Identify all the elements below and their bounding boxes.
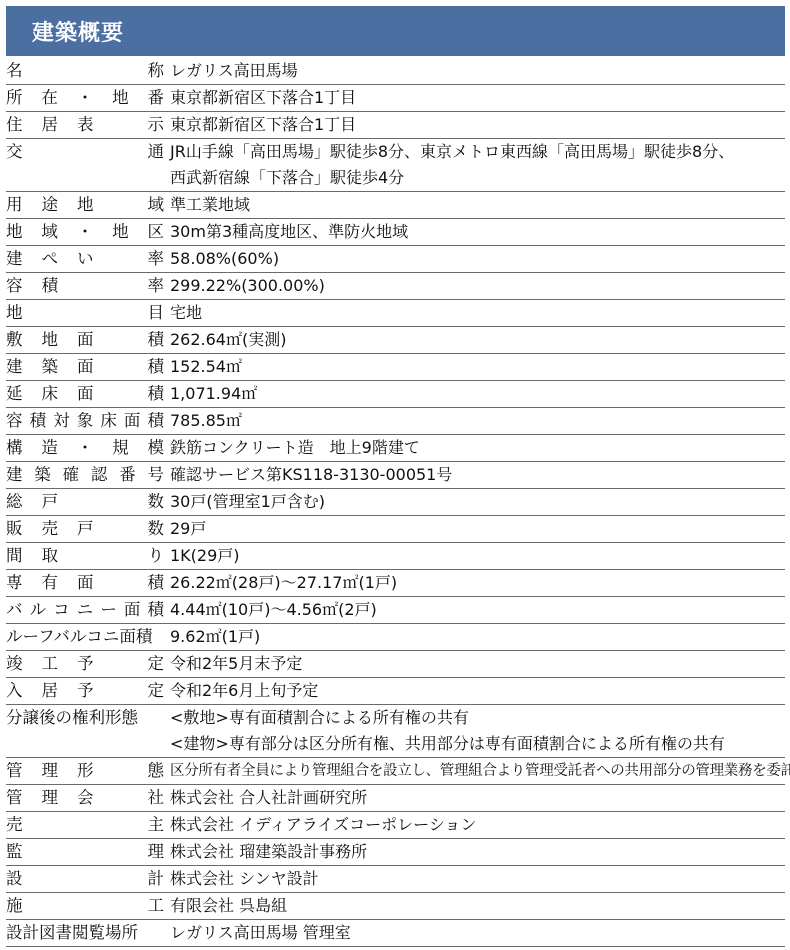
- table-row: 設計株式会社 シンヤ設計: [6, 866, 785, 893]
- row-value: 785.85㎡: [164, 408, 785, 434]
- label-char: [42, 866, 58, 892]
- label-char: [77, 839, 93, 865]
- label-char: [42, 812, 58, 838]
- table-row: 竣工予定令和2年5月末予定: [6, 651, 785, 678]
- label-char: [113, 678, 129, 704]
- table-row: 施工有限会社 呉島組: [6, 893, 785, 920]
- table-row: 建ぺい率58.08%(60%): [6, 246, 785, 273]
- label-char: 数: [148, 489, 165, 515]
- label-char: [113, 516, 129, 542]
- table-row: 専有面積26.22㎡(28戸)〜27.17㎡(1戸): [6, 570, 785, 597]
- label-char: 積: [147, 597, 164, 623]
- label-char: [42, 139, 58, 165]
- value-line: 株式会社 瑠建築設計事務所: [170, 839, 785, 865]
- value-line: 30戸(管理室1戸含む): [170, 489, 785, 515]
- label-char: 売: [6, 812, 23, 838]
- label-char: ・: [77, 85, 94, 111]
- label-char: [77, 300, 93, 326]
- row-label: 入居予定: [6, 678, 164, 704]
- row-value: 30戸(管理室1戸含む): [164, 489, 785, 515]
- label-char: [113, 112, 129, 138]
- label-char: 工: [148, 893, 165, 919]
- row-label: 延床面積: [6, 381, 164, 407]
- value-line: 区分所有者全員により管理組合を設立し、管理組合より管理受託者への共用部分の管理業…: [170, 758, 790, 784]
- label-char: 設計図書閲覧場所: [6, 920, 138, 946]
- value-line: JR山手線「高田馬場」駅徒歩8分、東京メトロ東西線「高田馬場」駅徒歩8分、: [170, 139, 785, 165]
- table-row: 間取り1K(29戸): [6, 543, 785, 570]
- row-value: 令和2年5月末予定: [164, 651, 785, 677]
- table-row: 管理会社株式会社 合人社計画研究所: [6, 785, 785, 812]
- row-label: 施工: [6, 893, 164, 919]
- label-char: [42, 839, 58, 865]
- row-label: 構造・規模: [6, 435, 164, 461]
- label-char: 態: [148, 758, 165, 784]
- label-char: [113, 651, 129, 677]
- row-label: 建築面積: [6, 354, 164, 380]
- row-label: 売主: [6, 812, 164, 838]
- label-char: [77, 543, 93, 569]
- value-line: 152.54㎡: [170, 354, 785, 380]
- label-char: 用: [6, 192, 23, 218]
- label-char: 面: [124, 597, 141, 623]
- value-line: 58.08%(60%): [170, 246, 785, 272]
- table-row: ルーフバルコニ面積9.62㎡(1戸): [6, 624, 785, 651]
- label-char: 称: [148, 58, 165, 84]
- row-value: 1K(29戸): [164, 543, 785, 569]
- row-value: 東京都新宿区下落合1丁目: [164, 85, 785, 111]
- value-line: 準工業地域: [170, 192, 785, 218]
- row-value: レガリス高田馬場: [164, 58, 785, 84]
- label-char: 面: [77, 381, 94, 407]
- label-char: [112, 58, 128, 84]
- value-line: 鉄筋コンクリート造 地上9階建て: [170, 435, 785, 461]
- label-char: 戸: [42, 489, 59, 515]
- label-char: 造: [41, 435, 58, 461]
- value-line: 30m第3種高度地区、準防火地域: [170, 219, 785, 245]
- label-char: [42, 893, 58, 919]
- table-row: 設計図書閲覧場所レガリス高田馬場 管理室: [6, 920, 785, 947]
- label-char: 戸: [77, 516, 94, 542]
- label-char: 建: [6, 354, 23, 380]
- label-char: 施: [6, 893, 23, 919]
- label-char: 率: [148, 246, 165, 272]
- label-char: 床: [42, 381, 59, 407]
- label-char: 敷: [6, 327, 23, 353]
- row-label: 住居表示: [6, 112, 164, 138]
- row-label: 間取り: [6, 543, 164, 569]
- label-char: [113, 381, 129, 407]
- label-char: [113, 570, 129, 596]
- row-label: 管理会社: [6, 785, 164, 811]
- label-char: ・: [77, 219, 94, 245]
- section-title: 建築概要: [32, 16, 124, 47]
- label-char: 号: [147, 462, 164, 488]
- table-row: 総戸数30戸(管理室1戸含む): [6, 489, 785, 516]
- label-char: ニ: [77, 597, 94, 623]
- value-line: 有限会社 呉島組: [170, 893, 785, 919]
- label-char: 積: [42, 273, 59, 299]
- label-char: 率: [148, 273, 165, 299]
- label-char: 確: [63, 462, 80, 488]
- value-line: レガリス高田馬場: [170, 58, 785, 84]
- row-value: 58.08%(60%): [164, 246, 785, 272]
- label-char: [112, 893, 128, 919]
- value-line: 東京都新宿区下落合1丁目: [170, 85, 785, 111]
- label-char: 番: [119, 462, 136, 488]
- table-row: 分譲後の権利形態<敷地>専有面積割合による所有権の共有<建物>専有部分は区分所有…: [6, 705, 785, 758]
- row-label: バルコニー面積: [6, 597, 164, 623]
- label-char: 容: [6, 408, 23, 434]
- label-char: 竣: [6, 651, 23, 677]
- value-line: 299.22%(300.00%): [170, 273, 785, 299]
- row-value: レガリス高田馬場 管理室: [164, 920, 785, 946]
- value-line: <建物>専有部分は区分所有権、共用部分は専有面積割合による所有権の共有: [170, 731, 785, 757]
- table-row: 住居表示東京都新宿区下落合1丁目: [6, 112, 785, 139]
- value-line: 宅地: [170, 300, 785, 326]
- row-label: 販売戸数: [6, 516, 164, 542]
- label-char: [42, 300, 58, 326]
- label-char: 管: [6, 758, 23, 784]
- label-char: 有: [42, 570, 59, 596]
- label-char: 模: [148, 435, 165, 461]
- label-char: [42, 58, 58, 84]
- row-label: 容積率: [6, 273, 164, 299]
- table-row: 地域・地区30m第3種高度地区、準防火地域: [6, 219, 785, 246]
- table-row: 延床面積1,071.94㎡: [6, 381, 785, 408]
- row-label: 建ぺい率: [6, 246, 164, 272]
- table-row: バルコニー面積4.44㎡(10戸)〜4.56㎡(2戸): [6, 597, 785, 624]
- table-row: 地目宅地: [6, 300, 785, 327]
- value-line: 西武新宿線「下落合」駅徒歩4分: [170, 165, 785, 191]
- table-row: 容積対象床面積785.85㎡: [6, 408, 785, 435]
- table-row: 入居予定令和2年6月上旬予定: [6, 678, 785, 705]
- row-label: 名称: [6, 58, 164, 84]
- label-char: 積: [148, 570, 165, 596]
- label-char: [77, 893, 93, 919]
- label-char: [77, 273, 93, 299]
- table-row: 用途地域準工業地域: [6, 192, 785, 219]
- label-char: 専: [6, 570, 23, 596]
- row-label: 敷地面積: [6, 327, 164, 353]
- label-char: [77, 489, 93, 515]
- row-label: 管理形態: [6, 758, 164, 784]
- row-value: 株式会社 イディアライズコーポレーション: [164, 812, 785, 838]
- row-value: 29戸: [164, 516, 785, 542]
- table-row: 構造・規模鉄筋コンクリート造 地上9階建て: [6, 435, 785, 462]
- value-line: 令和2年6月上旬予定: [170, 678, 785, 704]
- label-char: 居: [42, 678, 59, 704]
- value-line: 令和2年5月末予定: [170, 651, 785, 677]
- value-line: 確認サービス第KS118-3130-00051号: [170, 462, 785, 488]
- row-label: 交通: [6, 139, 164, 165]
- value-line: 1K(29戸): [170, 543, 785, 569]
- value-line: 株式会社 シンヤ設計: [170, 866, 785, 892]
- label-char: 設: [6, 866, 23, 892]
- row-value: 東京都新宿区下落合1丁目: [164, 112, 785, 138]
- label-char: 延: [6, 381, 23, 407]
- label-char: 在: [41, 85, 58, 111]
- row-label: 分譲後の権利形態: [6, 705, 164, 731]
- row-value: 有限会社 呉島組: [164, 893, 785, 919]
- label-char: 販: [6, 516, 23, 542]
- label-char: 所: [6, 85, 23, 111]
- table-row: 所在・地番東京都新宿区下落合1丁目: [6, 85, 785, 112]
- label-char: 工: [42, 651, 59, 677]
- label-char: り: [148, 543, 165, 569]
- table-row: 名称レガリス高田馬場: [6, 58, 785, 85]
- value-line: 4.44㎡(10戸)〜4.56㎡(2戸): [170, 597, 785, 623]
- row-label: 総戸数: [6, 489, 164, 515]
- row-value: 9.62㎡(1戸): [164, 624, 785, 650]
- value-line: 262.64㎡(実測): [170, 327, 785, 353]
- table-row: 販売戸数29戸: [6, 516, 785, 543]
- label-char: [112, 839, 128, 865]
- label-char: 入: [6, 678, 23, 704]
- label-char: 名: [6, 58, 23, 84]
- label-char: [113, 246, 129, 272]
- label-char: 監: [6, 839, 23, 865]
- value-line: 株式会社 イディアライズコーポレーション: [170, 812, 785, 838]
- row-label: 建築確認番号: [6, 462, 164, 488]
- row-value: 株式会社 シンヤ設計: [164, 866, 785, 892]
- row-label: 所在・地番: [6, 85, 164, 111]
- value-line: <敷地>専有面積割合による所有権の共有: [170, 705, 785, 731]
- label-char: 積: [148, 354, 165, 380]
- row-value: 152.54㎡: [164, 354, 785, 380]
- row-value: 準工業地域: [164, 192, 785, 218]
- label-char: 理: [42, 758, 59, 784]
- label-char: 建: [6, 462, 23, 488]
- label-char: 表: [77, 112, 94, 138]
- row-value: 株式会社 瑠建築設計事務所: [164, 839, 785, 865]
- label-char: 容: [6, 273, 23, 299]
- label-char: 築: [34, 462, 51, 488]
- label-char: 積: [148, 381, 165, 407]
- label-char: 交: [6, 139, 23, 165]
- label-char: 築: [42, 354, 59, 380]
- row-value: 令和2年6月上旬予定: [164, 678, 785, 704]
- label-char: [113, 785, 129, 811]
- label-char: [112, 273, 128, 299]
- label-char: ・: [77, 435, 94, 461]
- table-row: 監理株式会社 瑠建築設計事務所: [6, 839, 785, 866]
- label-char: 積: [147, 408, 164, 434]
- row-value: 1,071.94㎡: [164, 381, 785, 407]
- label-char: 域: [41, 219, 58, 245]
- label-char: ー: [100, 597, 117, 623]
- label-char: 理: [42, 785, 59, 811]
- label-char: 間: [6, 543, 23, 569]
- label-char: 住: [6, 112, 23, 138]
- row-value: 確認サービス第KS118-3130-00051号: [164, 462, 785, 488]
- row-label: 竣工予定: [6, 651, 164, 677]
- label-char: 地: [6, 300, 23, 326]
- label-char: 通: [148, 139, 165, 165]
- label-char: 象: [77, 408, 94, 434]
- row-label: 容積対象床面積: [6, 408, 164, 434]
- label-char: 積: [30, 408, 47, 434]
- label-char: 認: [91, 462, 108, 488]
- value-line: 1,071.94㎡: [170, 381, 785, 407]
- label-char: 対: [53, 408, 70, 434]
- row-label: ルーフバルコニ面積: [6, 624, 164, 650]
- label-char: [113, 327, 129, 353]
- label-char: コ: [53, 597, 70, 623]
- label-char: 床: [100, 408, 117, 434]
- row-label: 監理: [6, 839, 164, 865]
- label-char: 予: [77, 651, 94, 677]
- label-char: バ: [6, 597, 23, 623]
- label-char: ぺ: [42, 246, 59, 272]
- label-char: 面: [124, 408, 141, 434]
- label-char: [77, 866, 93, 892]
- label-char: 会: [77, 785, 94, 811]
- label-char: 地: [42, 327, 59, 353]
- label-char: 管: [6, 785, 23, 811]
- row-value: 株式会社 合人社計画研究所: [164, 785, 785, 811]
- value-line: 785.85㎡: [170, 408, 785, 434]
- label-char: 総: [6, 489, 23, 515]
- label-char: 示: [148, 112, 165, 138]
- value-line: 東京都新宿区下落合1丁目: [170, 112, 785, 138]
- label-char: 取: [42, 543, 59, 569]
- label-char: [113, 758, 129, 784]
- label-char: 建: [6, 246, 23, 272]
- label-char: [113, 354, 129, 380]
- table-row: 交通JR山手線「高田馬場」駅徒歩8分、東京メトロ東西線「高田馬場」駅徒歩8分、西…: [6, 139, 785, 192]
- label-char: 構: [6, 435, 23, 461]
- label-char: [112, 812, 128, 838]
- value-line: レガリス高田馬場 管理室: [170, 920, 785, 946]
- row-label: 用途地域: [6, 192, 164, 218]
- label-char: 社: [148, 785, 165, 811]
- label-char: 主: [148, 812, 165, 838]
- label-char: 目: [148, 300, 165, 326]
- row-value: 鉄筋コンクリート造 地上9階建て: [164, 435, 785, 461]
- label-char: [77, 812, 93, 838]
- row-value: 299.22%(300.00%): [164, 273, 785, 299]
- table-row: 敷地面積262.64㎡(実測): [6, 327, 785, 354]
- row-label: 地域・地区: [6, 219, 164, 245]
- table-row: 建築確認番号確認サービス第KS118-3130-00051号: [6, 462, 785, 489]
- value-line: 9.62㎡(1戸): [170, 624, 785, 650]
- label-char: ルーフバルコニ面積: [6, 624, 152, 650]
- row-value: 宅地: [164, 300, 785, 326]
- row-value: 4.44㎡(10戸)〜4.56㎡(2戸): [164, 597, 785, 623]
- label-char: 予: [77, 678, 94, 704]
- section-header: 建築概要: [6, 6, 785, 56]
- row-value: 262.64㎡(実測): [164, 327, 785, 353]
- label-char: 規: [112, 435, 129, 461]
- label-char: 数: [148, 516, 165, 542]
- label-char: 番: [148, 85, 165, 111]
- value-line: 株式会社 合人社計画研究所: [170, 785, 785, 811]
- row-value: 26.22㎡(28戸)〜27.17㎡(1戸): [164, 570, 785, 596]
- label-char: [112, 543, 128, 569]
- building-overview-table: 名称レガリス高田馬場所在・地番東京都新宿区下落合1丁目住居表示東京都新宿区下落合…: [6, 58, 785, 947]
- label-char: 地: [112, 85, 129, 111]
- label-char: [112, 866, 128, 892]
- label-char: 域: [148, 192, 165, 218]
- label-char: 理: [148, 839, 165, 865]
- value-line: 29戸: [170, 516, 785, 542]
- label-char: 売: [42, 516, 59, 542]
- row-label: 設計: [6, 866, 164, 892]
- row-value: 区分所有者全員により管理組合を設立し、管理組合より管理受託者への共用部分の管理業…: [164, 758, 790, 784]
- label-char: [77, 139, 93, 165]
- label-char: 形: [77, 758, 94, 784]
- table-row: 建築面積152.54㎡: [6, 354, 785, 381]
- row-label: 地目: [6, 300, 164, 326]
- row-value: JR山手線「高田馬場」駅徒歩8分、東京メトロ東西線「高田馬場」駅徒歩8分、西武新…: [164, 139, 785, 191]
- label-char: 面: [77, 354, 94, 380]
- label-char: 積: [148, 327, 165, 353]
- label-char: 計: [148, 866, 165, 892]
- value-line: 26.22㎡(28戸)〜27.17㎡(1戸): [170, 570, 785, 596]
- row-value: 30m第3種高度地区、準防火地域: [164, 219, 785, 245]
- label-char: [113, 192, 129, 218]
- row-label: 専有面積: [6, 570, 164, 596]
- table-row: 管理形態区分所有者全員により管理組合を設立し、管理組合より管理受託者への共用部分…: [6, 758, 785, 785]
- label-char: 地: [112, 219, 129, 245]
- label-char: [112, 139, 128, 165]
- label-char: 区: [148, 219, 165, 245]
- label-char: い: [77, 246, 94, 272]
- label-char: 地: [77, 192, 94, 218]
- label-char: ル: [30, 597, 47, 623]
- label-char: 分譲後の権利形態: [6, 705, 138, 731]
- row-value: <敷地>専有面積割合による所有権の共有<建物>専有部分は区分所有権、共用部分は専…: [164, 705, 785, 757]
- label-char: [112, 300, 128, 326]
- label-char: 居: [42, 112, 59, 138]
- label-char: [77, 58, 93, 84]
- label-char: 定: [148, 678, 165, 704]
- table-row: 売主株式会社 イディアライズコーポレーション: [6, 812, 785, 839]
- row-label: 設計図書閲覧場所: [6, 920, 164, 946]
- label-char: [112, 489, 128, 515]
- label-char: 途: [42, 192, 59, 218]
- label-char: 地: [6, 219, 23, 245]
- table-row: 容積率299.22%(300.00%): [6, 273, 785, 300]
- label-char: 面: [77, 327, 94, 353]
- label-char: 定: [148, 651, 165, 677]
- label-char: 面: [77, 570, 94, 596]
